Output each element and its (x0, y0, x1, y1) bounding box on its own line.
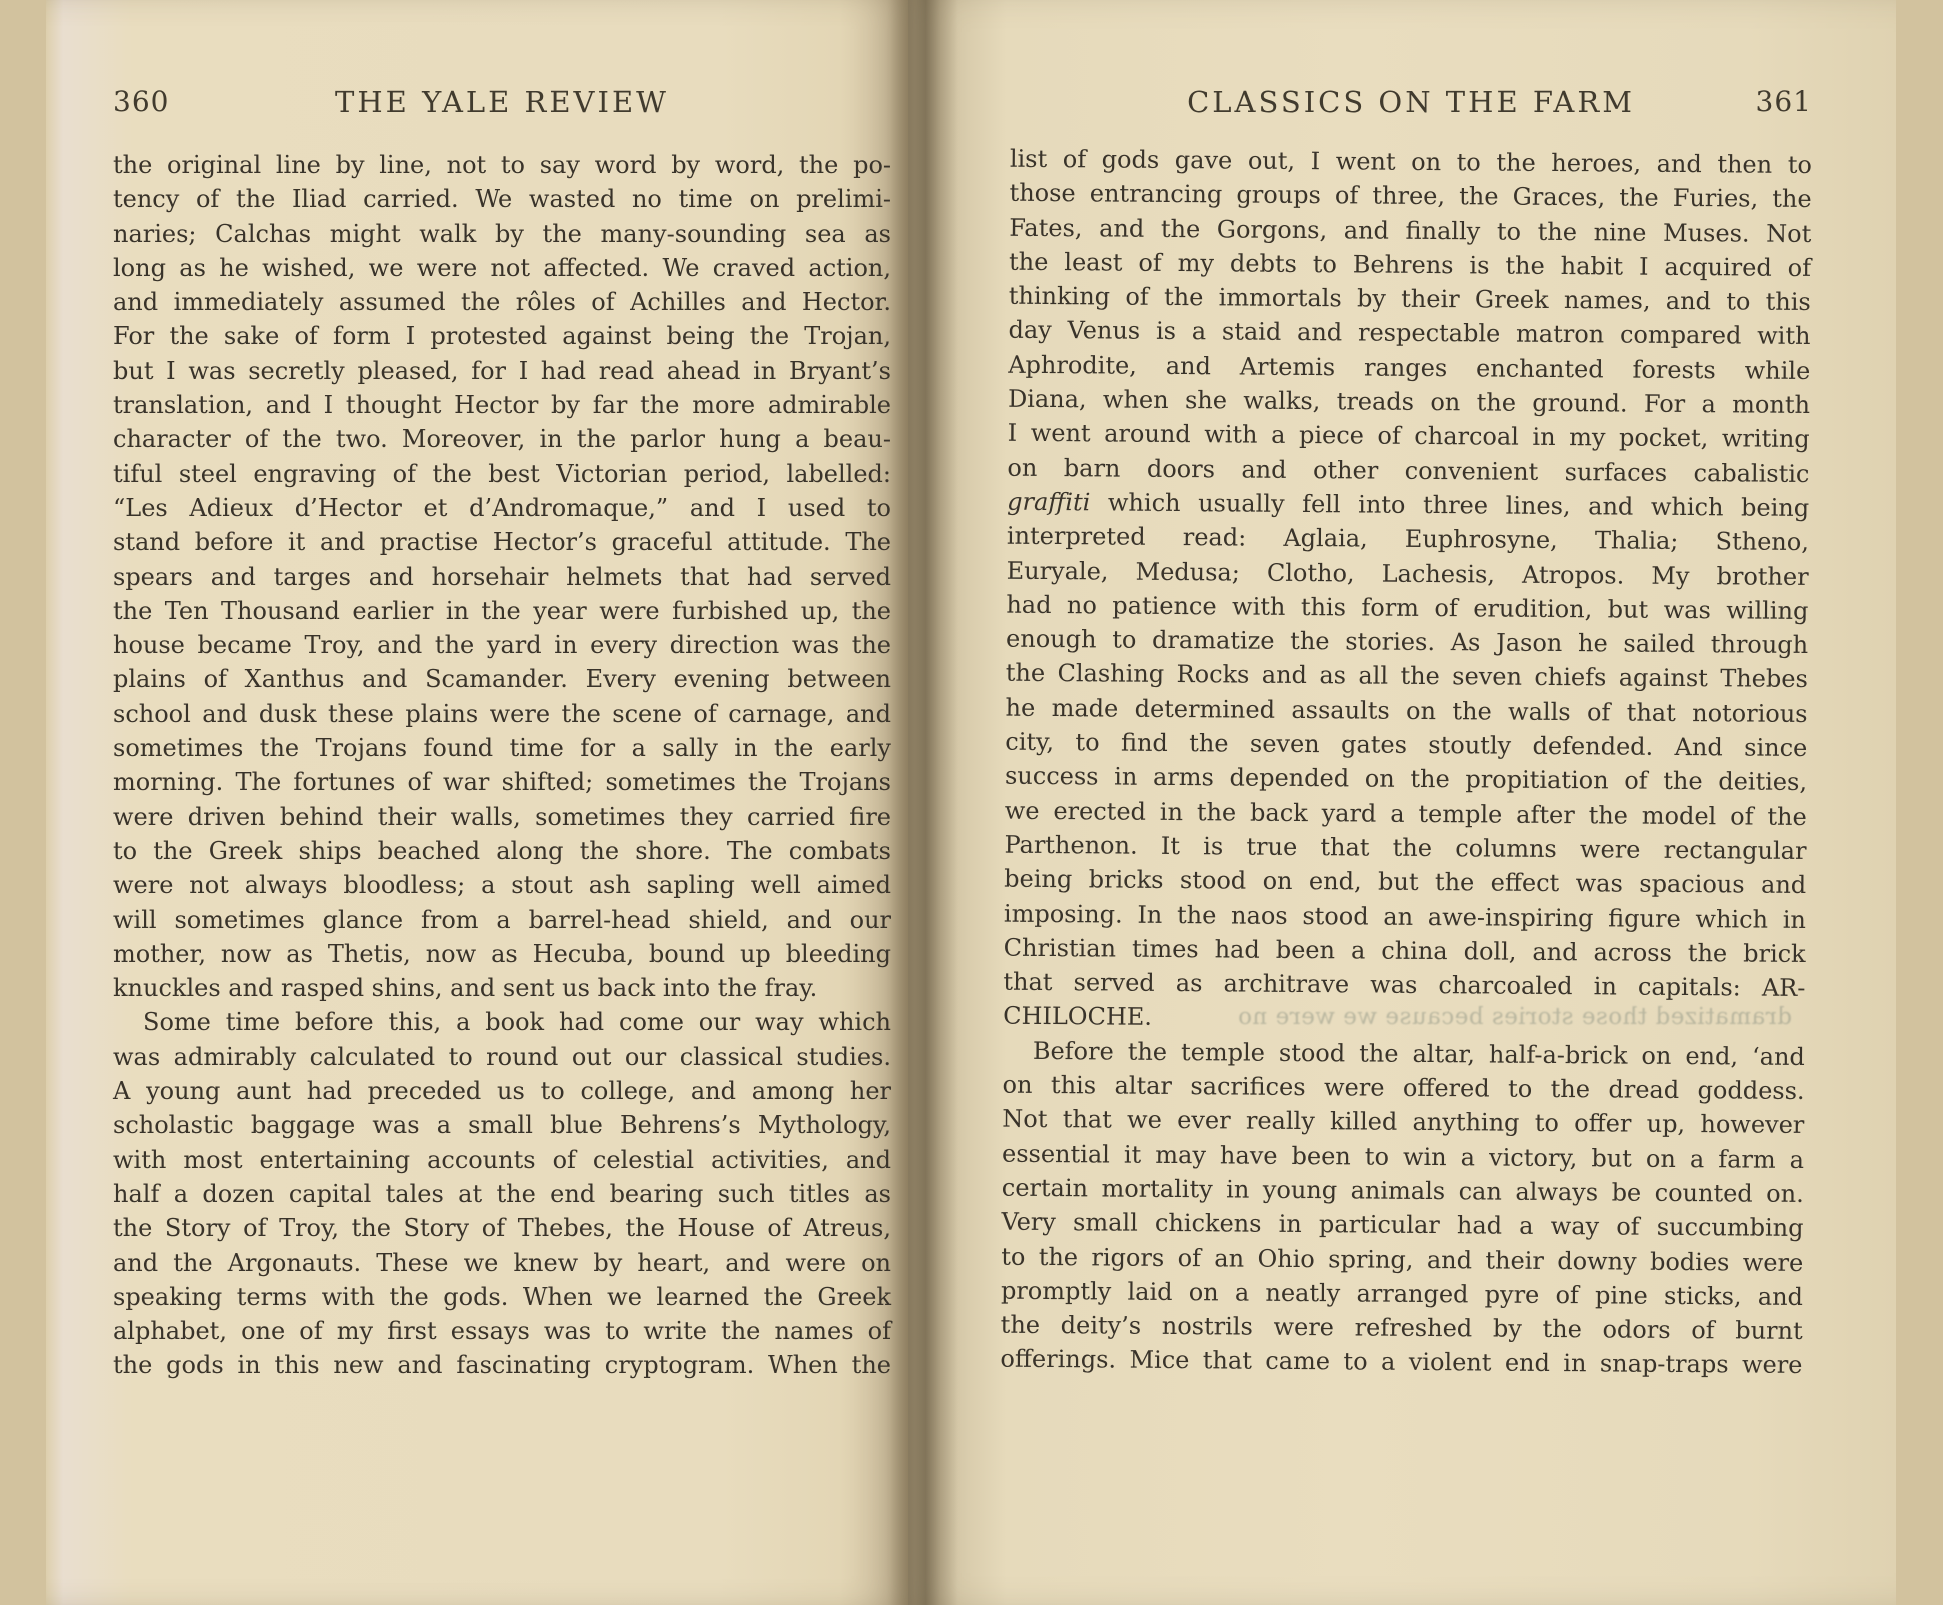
text-line: “Les Adieux d’Hector et d’Andromaque,” a… (113, 491, 891, 525)
text-line: being bricks stood on end, but the effec… (1004, 862, 1806, 903)
page-body: list of gods gave out, I went on to the … (1000, 142, 1812, 1383)
running-header: CLASSICS ON THE FARM (1010, 86, 1812, 118)
text-line: A young aunt had preceded us to college,… (113, 1074, 891, 1108)
text-line: spears and targes and horsehair helmets … (113, 560, 891, 594)
text-line: Very small chickens in particular had a … (1001, 1205, 1803, 1246)
text-line: plains of Xanthus and Scamander. Every e… (113, 662, 891, 696)
text-line: the Ten Thousand earlier in the year wer… (113, 594, 891, 628)
text-line: to the Greek ships beached along the sho… (113, 834, 891, 868)
text-line: success in arms depended on the propitia… (1005, 759, 1807, 800)
text-line: and immediately assumed the rôles of Ach… (113, 285, 891, 319)
text-line: scholastic baggage was a small blue Behr… (113, 1108, 891, 1142)
page-number: 361 (1756, 86, 1812, 118)
text-line: Not that we ever really killed anything … (1002, 1102, 1804, 1143)
text-line: mother, now as Thetis, now as Hecuba, bo… (113, 937, 891, 971)
left-page-header-row: 360 THE YALE REVIEW (113, 86, 891, 118)
text-line: character of the two. Moreover, in the p… (113, 422, 891, 456)
text-line: naries; Calchas might walk by the many-s… (113, 217, 891, 251)
text-line: long as he wished, we were not affected.… (113, 251, 891, 285)
text-line: speaking terms with the gods. When we le… (113, 1280, 891, 1314)
right-page: CLASSICS ON THE FARM 361 dramatized thos… (1010, 86, 1812, 1383)
text-line: with most entertaining accounts of celes… (113, 1143, 891, 1177)
text-line: Some time before this, a book had come o… (113, 1005, 891, 1039)
text-line: interpreted read: Aglaia, Euphrosyne, Th… (1007, 519, 1809, 560)
text-line: were driven behind their walls, sometime… (113, 800, 891, 834)
text-line: was admirably calculated to round out ou… (113, 1040, 891, 1074)
text-line: translation, and I thought Hector by far… (113, 388, 891, 422)
text-line: sometimes the Trojans found time for a s… (113, 731, 891, 765)
text-line: tency of the Iliad carried. We wasted no… (113, 182, 891, 216)
running-header: THE YALE REVIEW (113, 86, 891, 118)
text-line: morning. The fortunes of war shifted; so… (113, 765, 891, 799)
text-line: the original line by line, not to say wo… (113, 148, 891, 182)
text-line: offerings. Mice that came to a violent e… (1000, 1342, 1802, 1383)
text-line: tiful steel engraving of the best Victor… (113, 457, 891, 491)
text-line: For the sake of form I protested against… (113, 319, 891, 353)
text-line: were not always bloodless; a stout ash s… (113, 868, 891, 902)
left-page: 360 THE YALE REVIEW the original line by… (113, 86, 891, 1383)
text-line: the Story of Troy, the Story of Thebes, … (113, 1211, 891, 1245)
text-line: half a dozen capital tales at the end be… (113, 1177, 891, 1211)
text-line: I went around with a piece of charcoal i… (1008, 416, 1810, 457)
text-line: and the Argonauts. These we knew by hear… (113, 1246, 891, 1280)
text-line: will sometimes glance from a barrel-head… (113, 903, 891, 937)
text-line: those entrancing groups of three, the Gr… (1009, 176, 1811, 217)
text-line: the gods in this new and fascinating cry… (113, 1348, 891, 1382)
right-page-header-row: CLASSICS ON THE FARM 361 (1010, 86, 1812, 118)
gutter-shadow (886, 0, 958, 1605)
text-line: CHILOCHE. (1003, 999, 1805, 1040)
text-line: house became Troy, and the yard in every… (113, 628, 891, 662)
text-line: but I was secretly pleased, for I had re… (113, 354, 891, 388)
page-number: 360 (113, 86, 169, 118)
text-line: stand before it and practise Hector’s gr… (113, 525, 891, 559)
text-line: school and dusk these plains were the sc… (113, 697, 891, 731)
text-line: knuckles and rasped shins, and sent us b… (113, 971, 891, 1005)
text-line: alphabet, one of my first essays was to … (113, 1314, 891, 1348)
page-body: the original line by line, not to say wo… (113, 148, 891, 1383)
